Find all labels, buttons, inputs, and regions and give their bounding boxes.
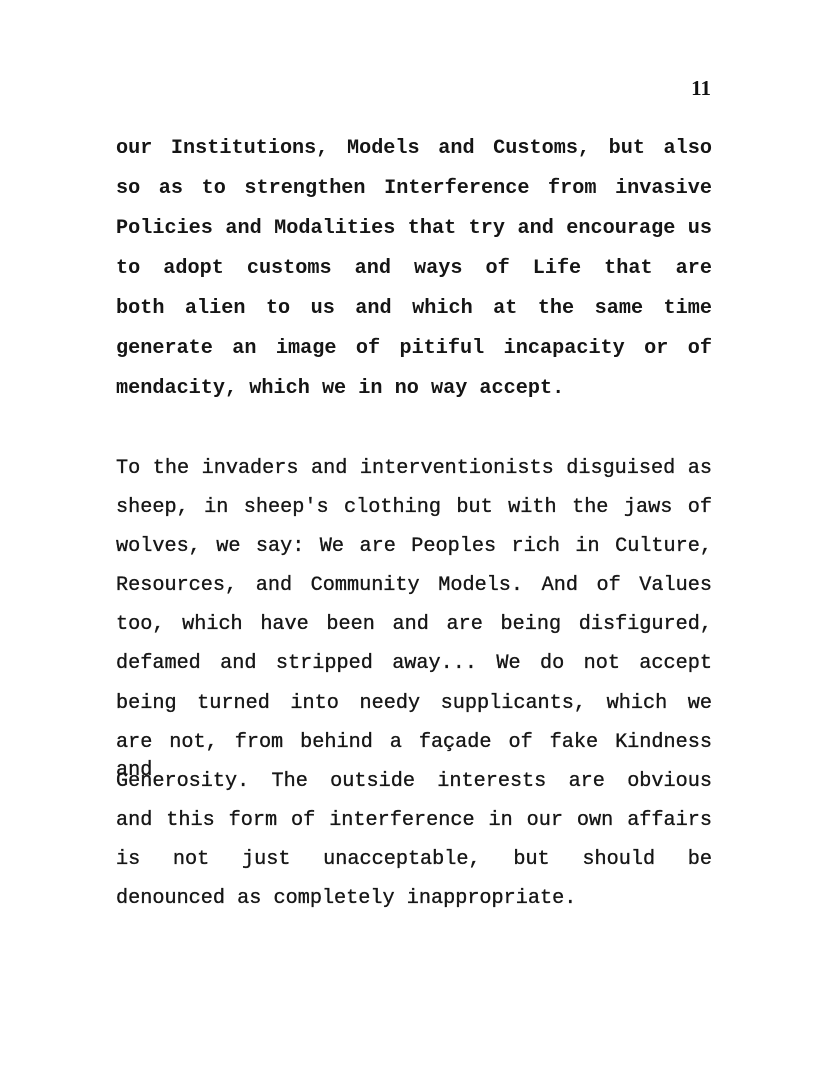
text-line: sheep, in sheep's clothing but with the …	[116, 494, 712, 533]
text-line: is not just unacceptable, but should be	[116, 846, 712, 885]
paragraph-1: our Institutions, Models and Customs, bu…	[116, 135, 712, 415]
text-line: To the invaders and interventionists dis…	[116, 455, 712, 494]
paragraph-2: To the invaders and interventionists dis…	[116, 455, 712, 924]
text-line: Generosity. The outside interests are ob…	[116, 768, 712, 807]
text-line: our Institutions, Models and Customs, bu…	[116, 135, 712, 175]
text-line: to adopt customs and ways of Life that a…	[116, 255, 712, 295]
page-number: 11	[691, 74, 711, 102]
text-line: Resources, and Community Models. And of …	[116, 572, 712, 611]
text-line: mendacity, which we in no way accept.	[116, 375, 712, 415]
text-line: being turned into needy supplicants, whi…	[116, 690, 712, 729]
text-line: are not, from behind a façade of fake Ki…	[116, 729, 712, 768]
text-line: defamed and stripped away... We do not a…	[116, 650, 712, 689]
text-line: generate an image of pitiful incapacity …	[116, 335, 712, 375]
text-line: Policies and Modalities that try and enc…	[116, 215, 712, 255]
text-line: wolves, we say: We are Peoples rich in C…	[116, 533, 712, 572]
text-line: too, which have been and are being disfi…	[116, 611, 712, 650]
text-line: both alien to us and which at the same t…	[116, 295, 712, 335]
text-line: denounced as completely inappropriate.	[116, 885, 712, 924]
text-line: and this form of interference in our own…	[116, 807, 712, 846]
text-line: so as to strengthen Interference from in…	[116, 175, 712, 215]
